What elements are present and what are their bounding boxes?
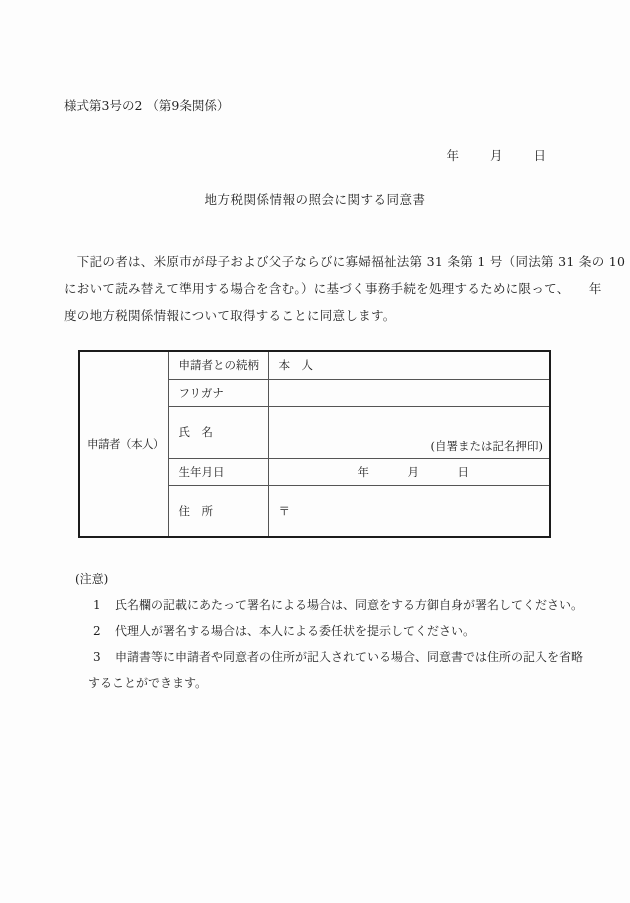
applicant-table: 申請者（本人） 申請者との続柄 本 人 フリガナ 氏 名 (自署または記名押印)… [78,350,551,538]
note-number: 3 [93,644,115,670]
document-title: 地方税関係情報の照会に関する同意書 [0,190,630,208]
birthdate-blank-field: 年 月 日 [268,458,550,485]
table-row: 申請者（本人） 申請者との続柄 本 人 [79,351,550,379]
form-number: 様式第3号の2 （第9条関係） [64,96,229,114]
relationship-value: 本 人 [268,351,550,379]
signature-note: (自署または記名押印) [431,438,543,454]
note-text: 代理人が署名する場合は、本人による委任状を提示してください。 [115,618,475,644]
birthdate-label: 生年月日 [168,458,268,485]
paragraph-line-2: において読み替えて準用する場合を含む。）に基づく事務手続を処理するために限って、… [64,275,574,302]
note-item-3: 3 申請書等に申請者や同意者の住所が記入されている場合、同意書では住所の記入を省… [64,644,574,670]
consent-paragraph: 下記の者は、米原市が母子および父子ならびに寡婦福祉法第 31 条第 1 号（同法… [64,248,574,329]
note-number: 2 [93,618,115,644]
note-text-continuation: することができます。 [64,670,574,696]
address-label: 住 所 [168,485,268,537]
note-number: 1 [93,592,115,618]
document-page: 様式第3号の2 （第9条関係） 年 月 日 地方税関係情報の照会に関する同意書 … [0,0,630,903]
note-text: 氏名欄の記載にあたって署名による場合は、同意をする方御自身が署名してください。 [115,592,583,618]
furigana-label: フリガナ [168,379,268,406]
applicant-group-header: 申請者（本人） [79,351,168,537]
paragraph-line-3: 度の地方税関係情報について取得することに同意します。 [64,302,574,329]
note-item-2: 2 代理人が署名する場合は、本人による委任状を提示してください。 [64,618,574,644]
note-text: 申請書等に申請者や同意者の住所が記入されている場合、同意書では住所の記入を省略 [115,644,583,670]
relationship-label: 申請者との続柄 [168,351,268,379]
date-line: 年 月 日 [446,146,548,164]
note-item-1: 1 氏名欄の記載にあたって署名による場合は、同意をする方御自身が署名してください… [64,592,574,618]
notes-heading: (注意) [64,566,574,592]
address-blank-field: 〒 [268,485,550,537]
name-blank-field: (自署または記名押印) [268,406,550,458]
name-label: 氏 名 [168,406,268,458]
notes-section: (注意) 1 氏名欄の記載にあたって署名による場合は、同意をする方御自身が署名し… [64,566,574,696]
furigana-blank-field [268,379,550,406]
paragraph-line-1: 下記の者は、米原市が母子および父子ならびに寡婦福祉法第 31 条第 1 号（同法… [64,248,574,275]
